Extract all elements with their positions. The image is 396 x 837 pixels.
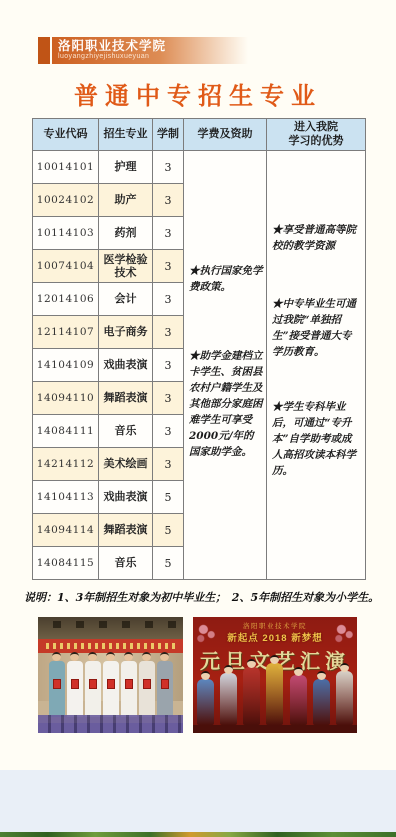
person-head — [88, 652, 97, 661]
person-head — [142, 652, 151, 661]
years-cell: 5 — [153, 481, 184, 514]
stage-slogan-line: 新起点 2018 新梦想 — [193, 630, 357, 644]
major-cell: 音乐 — [99, 415, 153, 448]
code-cell: 10114103 — [33, 217, 99, 250]
majors-table: 专业代码招生专业学制学费及资助进入我院 学习的优势10014101护理3★执行国… — [32, 118, 366, 580]
code-cell: 14094114 — [33, 514, 99, 547]
column-header: 招生专业 — [99, 119, 153, 151]
major-cell: 药剂 — [99, 217, 153, 250]
code-cell: 14104109 — [33, 349, 99, 382]
performer-figure — [266, 663, 283, 725]
years-cell: 5 — [153, 514, 184, 547]
performer-head — [247, 659, 256, 668]
stage-school-line: 洛阳职业技术学院 — [193, 621, 357, 630]
major-cell: 会计 — [99, 283, 153, 316]
major-cell: 音乐 — [99, 547, 153, 580]
code-cell: 12014106 — [33, 283, 99, 316]
person-figure — [67, 661, 83, 717]
tuition-cell-paragraph: ★助学金建档立卡学生、贫困县农村户籍学生及其他部分家庭困难学生可享受2000元/… — [189, 348, 263, 460]
major-cell: 助产 — [99, 184, 153, 217]
person-figure — [139, 661, 155, 717]
school-name: 洛阳职业技术学院 — [58, 39, 248, 53]
person-head — [70, 652, 79, 661]
table-row: 10014101护理3★执行国家免学费政策。★助学金建档立卡学生、贫困县农村户籍… — [33, 151, 366, 184]
years-cell: 3 — [153, 217, 184, 250]
years-cell: 3 — [153, 250, 184, 283]
red-certificate — [161, 679, 169, 689]
years-cell: 3 — [153, 382, 184, 415]
performer-figure — [290, 675, 307, 725]
column-header: 专业代码 — [33, 119, 99, 151]
major-cell: 戏曲表演 — [99, 349, 153, 382]
major-cell: 护理 — [99, 151, 153, 184]
major-cell: 舞蹈表演 — [99, 382, 153, 415]
column-header: 进入我院 学习的优势 — [267, 119, 366, 151]
footer-image-strip — [0, 832, 396, 837]
years-cell: 3 — [153, 415, 184, 448]
tuition-cell: ★执行国家免学费政策。★助学金建档立卡学生、贫困县农村户籍学生及其他部分家庭困难… — [184, 151, 267, 580]
red-banner — [38, 639, 183, 653]
performer-head — [340, 663, 349, 672]
brochure-page: 洛阳职业技术学院 luoyangzhiyejishuxueyuan 普通中专招生… — [0, 0, 396, 837]
major-cell: 电子商务 — [99, 316, 153, 349]
performer-figure — [220, 673, 237, 725]
advantages-cell-paragraph: ★享受普通高等院校的教学资源 — [272, 222, 362, 254]
footer-blue-band — [0, 770, 396, 833]
code-cell: 14094110 — [33, 382, 99, 415]
logo-gradient-band: 洛阳职业技术学院 luoyangzhiyejishuxueyuan — [52, 37, 248, 64]
chair-row — [38, 723, 183, 733]
years-cell: 5 — [153, 547, 184, 580]
code-cell: 12114107 — [33, 316, 99, 349]
years-cell: 3 — [153, 316, 184, 349]
photo-opera-performance: 洛阳职业技术学院 新起点 2018 新梦想 元旦文艺汇演 — [193, 617, 357, 733]
advantages-cell: ★享受普通高等院校的教学资源★中专毕业生可通过我院“单独招生”接受普通大专学历教… — [267, 151, 366, 580]
explanation-note: 说明：1、3年制招生对象为初中毕业生； 2、5年制招生对象为小学生。 — [24, 589, 384, 605]
code-cell: 10024102 — [33, 184, 99, 217]
ceiling-band — [38, 617, 183, 639]
person-head — [52, 652, 61, 661]
advantages-cell-paragraph: ★学生专科毕业后，可通过“专升本”自学助考或成人高招攻读本科学历。 — [272, 399, 362, 479]
person-figure — [103, 661, 119, 717]
major-cell: 美术绘画 — [99, 448, 153, 481]
column-header: 学制 — [153, 119, 184, 151]
person-figure — [157, 661, 173, 717]
people-row — [40, 655, 181, 717]
code-cell: 10014101 — [33, 151, 99, 184]
performer-figure — [336, 671, 353, 725]
person-head — [160, 652, 169, 661]
tuition-cell-paragraph: ★执行国家免学费政策。 — [189, 263, 263, 295]
years-cell: 3 — [153, 283, 184, 316]
ceiling-lights — [38, 621, 183, 628]
performer-head — [201, 671, 210, 680]
major-cell: 舞蹈表演 — [99, 514, 153, 547]
code-cell: 10074104 — [33, 250, 99, 283]
photo-award-ceremony — [38, 617, 183, 733]
school-logo-bar: 洛阳职业技术学院 luoyangzhiyejishuxueyuan — [38, 37, 248, 64]
performer-head — [317, 671, 326, 680]
major-cell: 医学检验技术 — [99, 250, 153, 283]
stage-floor — [193, 725, 357, 733]
performer-head — [224, 665, 233, 674]
person-figure — [49, 661, 65, 717]
code-cell: 14084115 — [33, 547, 99, 580]
performer-head — [270, 655, 279, 664]
person-figure — [85, 661, 101, 717]
red-certificate — [53, 679, 61, 689]
red-certificate — [143, 679, 151, 689]
column-header: 学费及资助 — [184, 119, 267, 151]
performer-head — [294, 667, 303, 676]
major-cell: 戏曲表演 — [99, 481, 153, 514]
red-certificate — [125, 679, 133, 689]
performers-row — [197, 663, 353, 725]
performer-figure — [313, 679, 330, 725]
performer-figure — [243, 667, 260, 725]
years-cell: 3 — [153, 151, 184, 184]
banner-text-strip — [46, 643, 175, 649]
code-cell: 14214112 — [33, 448, 99, 481]
code-cell: 14084111 — [33, 415, 99, 448]
code-cell: 14104113 — [33, 481, 99, 514]
table-header-row: 专业代码招生专业学制学费及资助进入我院 学习的优势 — [33, 119, 366, 151]
page-title: 普通中专招生专业 — [0, 76, 396, 111]
years-cell: 3 — [153, 349, 184, 382]
red-certificate — [71, 679, 79, 689]
person-head — [106, 652, 115, 661]
person-figure — [121, 661, 137, 717]
school-pinyin: luoyangzhiyejishuxueyuan — [58, 53, 248, 61]
years-cell: 3 — [153, 448, 184, 481]
person-head — [124, 652, 133, 661]
years-cell: 3 — [153, 184, 184, 217]
performer-figure — [197, 679, 214, 725]
logo-mark — [38, 37, 50, 64]
red-certificate — [89, 679, 97, 689]
advantages-cell-paragraph: ★中专毕业生可通过我院“单独招生”接受普通大专学历教育。 — [272, 296, 362, 360]
red-certificate — [107, 679, 115, 689]
